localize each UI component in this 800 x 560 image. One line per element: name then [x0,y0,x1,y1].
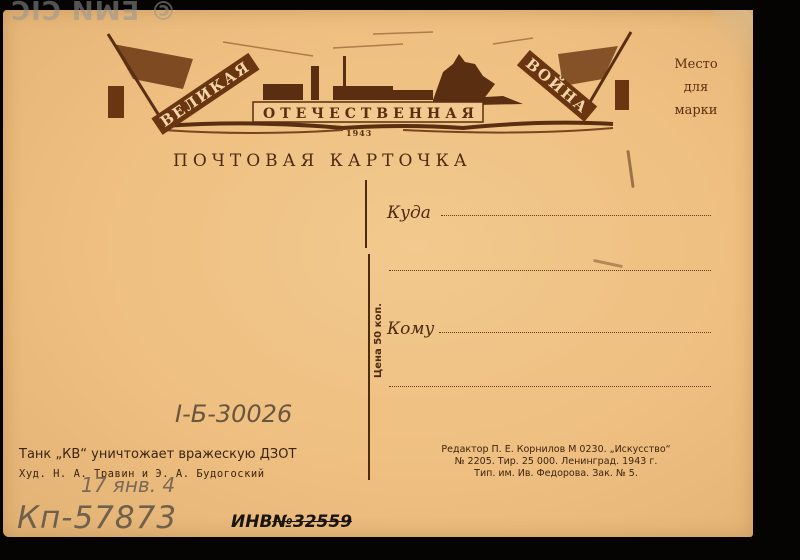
handwritten-kp-number: Кп-57873 [17,500,177,536]
image-caption: Танк „КВ“ уничтожает вражескую ДЗОТ [19,447,296,462]
handwritten-inventory-number: ИНВ№32559 [231,512,352,532]
handwritten-date: 17 янв. 4 [81,473,175,497]
imprint-line3: Тип. им. Ив. Федорова. Зак. № 5. [391,468,721,480]
stamp-place-line1: Место [663,53,729,76]
price-label: Цена 50 коп. [373,303,384,378]
publisher-imprint: Редактор П. Е. Корнилов М 0230. „Искусст… [391,444,721,480]
to-where-line-2 [389,270,711,271]
to-where-line-1 [441,215,711,216]
ink-smudge [626,150,634,188]
to-whom-line-2 [389,386,711,387]
ink-smudge [593,259,623,268]
banner-year: 1943 [346,128,372,138]
postcard-title: ПОЧТОВАЯ КАРТОЧКА [173,151,472,171]
stamp-place-line3: марки [663,99,729,122]
stamp-place: Место для марки [663,53,729,122]
handwritten-catalog-code: I-Б-30026 [175,400,292,428]
inventory-prefix: ИНВ [231,512,272,532]
to-where-label: Куда [387,203,431,223]
to-whom-line-1 [439,332,711,333]
stamp-place-line2: для [663,76,729,99]
header-banner: ВЕЛИКАЯ ОТЕЧЕСТВЕННАЯ ВОЙНА 1943 [103,24,643,139]
watermark: © EMN CIC [10,0,176,24]
inventory-number-struck: №32559 [272,512,352,532]
to-whom-label: Кому [387,319,434,339]
center-divider-bottom [368,254,370,480]
imprint-line1: Редактор П. Е. Корнилов М 0230. „Искусст… [391,444,721,456]
banner-word-otechestvennaya: ОТЕЧЕСТВЕННАЯ [263,106,479,122]
center-divider-top [365,180,367,248]
postcard: ВЕЛИКАЯ ОТЕЧЕСТВЕННАЯ ВОЙНА 1943 Место д… [3,10,753,537]
imprint-line2: № 2205. Тир. 25 000. Ленинград. 1943 г. [391,456,721,468]
